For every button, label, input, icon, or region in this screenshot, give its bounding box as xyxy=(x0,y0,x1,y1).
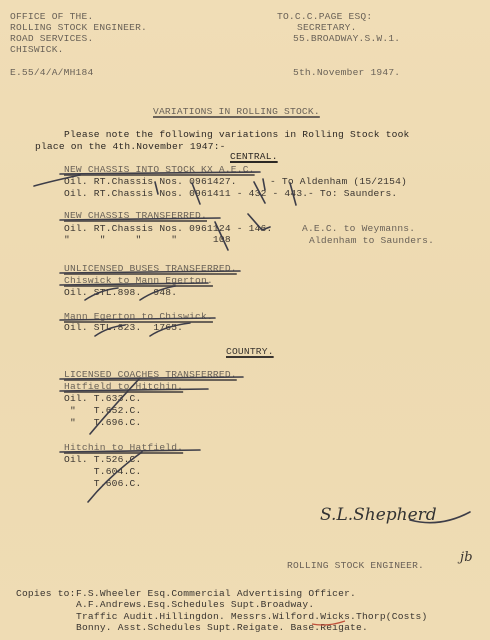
coach-row-1-1: Oil. T.633.C. xyxy=(64,394,141,405)
recipient-line-1: TO.C.C.PAGE ESQ: xyxy=(277,12,372,23)
licensed-coaches-heading: LICENSED COACHES TRANSFERRED. xyxy=(64,370,237,381)
copies-line-4: Bonny. Asst.Schedules Supt.Reigate. Base… xyxy=(76,623,368,634)
chassis-row-1-note: - To Aldenham (15/2154) xyxy=(270,177,407,188)
intro-line-1: Please note the following variations in … xyxy=(64,130,410,141)
copies-line-2: A.F.Andrews.Esq.Schedules Supt.Broadway. xyxy=(76,600,314,611)
copies-line-1: F.S.Wheeler Esq.Commercial Advertising O… xyxy=(76,589,356,600)
copies-line-3: Traffic Audit.Hillingdon. Messrs.Wilford… xyxy=(76,612,427,623)
copies-label: Copies to: xyxy=(16,589,76,600)
coach-row-2-3: T.606.C. xyxy=(64,479,141,490)
new-chassis-into-stock-heading: NEW CHASSIS INTO STOCK KX A.E.C. xyxy=(64,165,255,176)
coach-row-2-2: T.604.C. xyxy=(64,467,141,478)
unlicensed-buses-heading: UNLICENSED BUSES TRANSFERRED. xyxy=(64,264,237,275)
handwritten-initials: jb xyxy=(460,553,473,564)
office-line-1: OFFICE OF THE. xyxy=(10,12,93,23)
chassis-row-2-note: - To: Saunders. xyxy=(308,189,397,200)
recipient-line-3: 55.BROADWAY.S.W.1. xyxy=(293,34,400,45)
unlicensed-row-1: Oil. STL.898. 948. xyxy=(64,288,177,299)
coach-route-1: Hatfield to Hitchin. xyxy=(64,382,183,393)
coach-row-1-2: " T.652.C. xyxy=(64,406,141,417)
transfer-row-2-note: Aldenham to Saunders. xyxy=(309,236,434,247)
unlicensed-route-1: Chiswick to Mann Egerton. xyxy=(64,276,213,287)
signatory-title: ROLLING STOCK ENGINEER. xyxy=(287,561,424,572)
memo-page: OFFICE OF THE. ROLLING STOCK ENGINEER. R… xyxy=(0,0,490,640)
coach-row-1-3: " T.696.C. xyxy=(64,418,141,429)
coach-route-2: Hitchin to Hatfield. xyxy=(64,443,183,454)
letter-date: 5th.November 1947. xyxy=(293,68,400,79)
reference-number: E.55/4/A/MH184 xyxy=(10,68,93,79)
chassis-row-2: Oil. RT.Chassis Nos. 0961411 - 432 - 443… xyxy=(64,189,308,200)
section-heading-central: CENTRAL. xyxy=(230,152,278,163)
new-chassis-transferred-heading: NEW CHASSIS TRANSFERRED. xyxy=(64,211,207,222)
office-line-4: CHISWICK. xyxy=(10,45,64,56)
unlicensed-row-2: Oil. STL.823. 1765. xyxy=(64,323,183,334)
chassis-row-1: Oil. RT.Chassis Nos. 0961427. xyxy=(64,177,237,188)
coach-row-2-1: Oil. T.526.C. xyxy=(64,455,141,466)
handwritten-signature: S.L.Shepherd xyxy=(320,505,437,525)
transfer-row-1: Oil. RT.Chassis Nos. 0961124 - 146. xyxy=(64,224,273,235)
document-title: VARIATIONS IN ROLLING STOCK. xyxy=(153,107,320,118)
transfer-row-2: " " " " 108 xyxy=(64,235,231,246)
intro-line-2: place on the 4th.November 1947:- xyxy=(35,142,226,153)
office-line-2: ROLLING STOCK ENGINEER. xyxy=(10,23,147,34)
office-line-3: ROAD SERVICES. xyxy=(10,34,93,45)
recipient-line-2: SECRETARY. xyxy=(297,23,357,34)
unlicensed-route-2: Mann Egerton to Chiswick. xyxy=(64,312,213,323)
section-heading-country: COUNTRY. xyxy=(226,347,274,358)
transfer-row-1-note: A.E.C. to Weymanns. xyxy=(302,224,415,235)
